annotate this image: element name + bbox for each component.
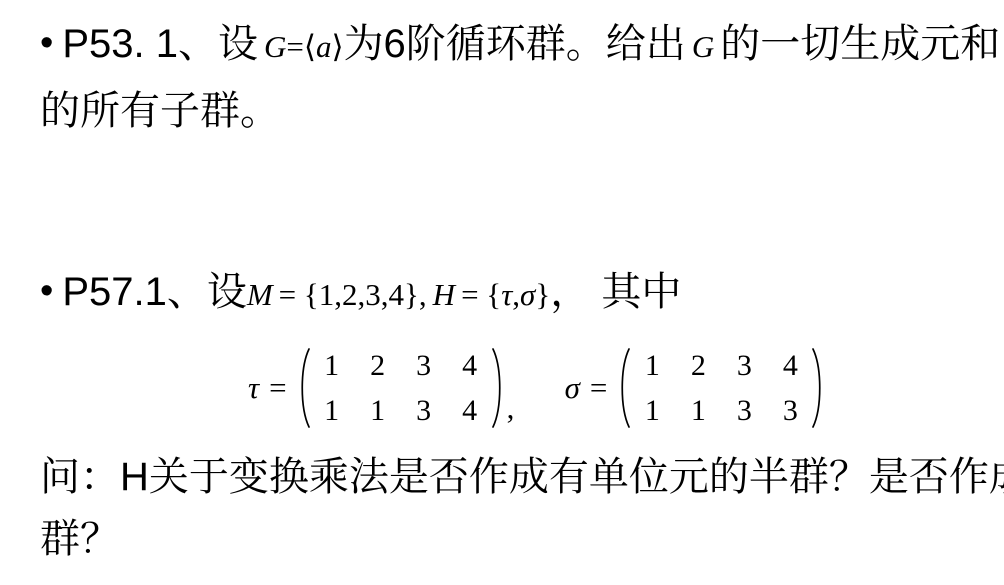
matrix-cell: 3	[728, 348, 760, 384]
matrix-cell: 3	[774, 393, 806, 429]
problem2-text-1: P57.1、设	[62, 270, 247, 314]
matrices-row: τ = 1 2 3 4 1 1 3 4 , σ =	[248, 346, 839, 430]
problem1-line1: •P53. 1、设G=⟨a⟩为6阶循环群。给出G的一切生成元和G	[40, 12, 1004, 79]
matrix-cell: 1	[316, 393, 348, 429]
math-var-G: G	[264, 29, 286, 64]
math-rangle: ⟩	[331, 29, 343, 64]
matrix-cell: 2	[682, 348, 714, 384]
math-var-a: a	[316, 29, 332, 64]
question-line1: 问：H关于变换乘法是否作成有单位元的半群？是否作成	[40, 446, 1004, 508]
problem2-text-2: ， 其中	[550, 270, 681, 314]
matrix-tau: τ = 1 2 3 4 1 1 3 4 ,	[248, 346, 519, 430]
problem1-text-1: P53. 1、设	[62, 22, 258, 66]
math-brace-open: = {	[461, 277, 501, 312]
matrix-label-sigma: σ	[565, 370, 580, 406]
math-var-sigma: σ	[520, 277, 535, 312]
left-paren-icon	[617, 346, 631, 430]
bullet-marker: •	[40, 11, 53, 75]
matrix-label-tau: τ	[248, 370, 259, 406]
math-langle: ⟨	[304, 29, 316, 64]
question-line2: 群？	[40, 508, 1004, 570]
matrix-grid: 1 2 3 4 1 1 3 4	[316, 348, 486, 429]
matrix-cell: 1	[682, 393, 714, 429]
math-var-G: G	[692, 29, 714, 64]
right-paren-icon	[491, 346, 505, 430]
math-var-tau: τ	[501, 277, 512, 312]
right-paren-icon	[811, 346, 825, 430]
bullet-marker: •	[40, 259, 53, 323]
math-set-1234: = {1,2,3,4},	[279, 277, 427, 312]
problem2-paragraph: •P57.1、设M= {1,2,3,4},H= {τ,σ}， 其中	[40, 260, 681, 327]
matrix-suffix-comma: ,	[507, 390, 519, 426]
matrix-cell: 2	[362, 348, 394, 384]
problem1-line2: 的所有子群。	[40, 79, 1004, 143]
problem1-text-2: 为6阶循环群。给出	[344, 22, 686, 66]
matrix-cell: 1	[316, 348, 348, 384]
math-equals: =	[286, 29, 303, 64]
matrix-cell: 4	[774, 348, 806, 384]
slide: •P53. 1、设G=⟨a⟩为6阶循环群。给出G的一切生成元和G 的所有子群。 …	[0, 0, 1004, 585]
matrix-cell: 4	[454, 348, 486, 384]
question-paragraph: 问：H关于变换乘法是否作成有单位元的半群？是否作成 群？	[40, 446, 1004, 570]
matrix-equals: =	[590, 370, 607, 406]
problem1-paragraph: •P53. 1、设G=⟨a⟩为6阶循环群。给出G的一切生成元和G 的所有子群。	[40, 12, 1004, 143]
math-var-H: H	[433, 277, 455, 312]
matrix-grid: 1 2 3 4 1 1 3 3	[636, 348, 806, 429]
problem1-text-3: 的一切生成元和	[720, 22, 1000, 66]
math-brace-close: }	[535, 277, 550, 312]
matrix-cell: 1	[636, 348, 668, 384]
matrix-cell: 1	[636, 393, 668, 429]
math-comma: ,	[512, 277, 520, 312]
math-var-M: M	[247, 277, 273, 312]
matrix-cell: 3	[728, 393, 760, 429]
matrix-equals: =	[269, 370, 286, 406]
matrix-cell: 3	[408, 348, 440, 384]
matrix-cell: 1	[362, 393, 394, 429]
problem2-line: •P57.1、设M= {1,2,3,4},H= {τ,σ}， 其中	[40, 260, 681, 327]
matrix-cell: 3	[408, 393, 440, 429]
matrix-sigma: σ = 1 2 3 4 1 1 3 3	[565, 346, 840, 430]
left-paren-icon	[297, 346, 311, 430]
matrix-cell: 4	[454, 393, 486, 429]
